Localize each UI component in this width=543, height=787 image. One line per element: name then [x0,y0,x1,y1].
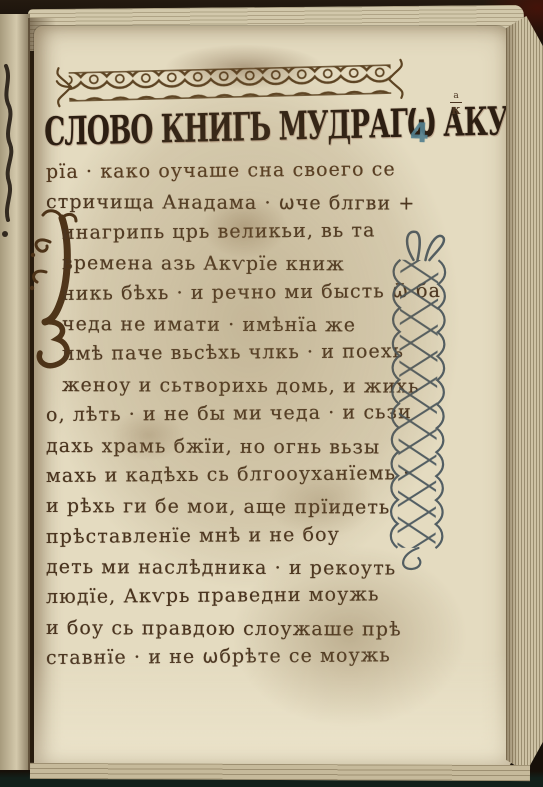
lattice-border-ornament [388,226,450,577]
quire-mark-top-letter: а [448,92,464,101]
manuscript-page: СЛОВО КНИГЬ МУДРАГѠ АКУ а к 4 рїа · како [34,26,512,770]
bottom-page-edges [30,763,530,781]
text-line: инагрипь црь великьи, вь та [46,215,438,248]
quire-mark: а к [448,92,464,117]
text-line: никь бѣхь · и речно ми бысть ѿ ба [46,275,438,308]
text-line: рїа · како оучаше сна своего се [46,154,438,187]
body-text: рїа · како оучаше сна своего се стричища… [46,157,438,674]
manuscript-photo: СЛОВО КНИГЬ МУДРАГѠ АКУ а к 4 рїа · како [0,0,543,787]
text-line: ставнїе · и не ѡбрѣте се моужь [46,640,438,673]
title-line: СЛОВО КНИГЬ МУДРАГѠ АКУ [44,102,396,156]
quire-mark-bottom-letter: к [448,104,464,117]
text-line: махь и кадѣхь сь блгооуханїемь · [46,458,438,491]
folio-number: 4 [409,118,429,150]
text-line: имѣ паче вьсѣхь члкь · и поехь [46,336,438,369]
text-line: людїе, Акѵрь праведни моужь [46,579,438,612]
facing-page-ink-showthrough [0,58,16,258]
facing-page-sliver [0,14,30,770]
fore-edge-pages [506,16,543,772]
text-line: о, лѣть · и не бы ми чеда · и сьзи [46,397,438,430]
text-line: прѣставленїе мнѣ и не боу [46,519,438,552]
